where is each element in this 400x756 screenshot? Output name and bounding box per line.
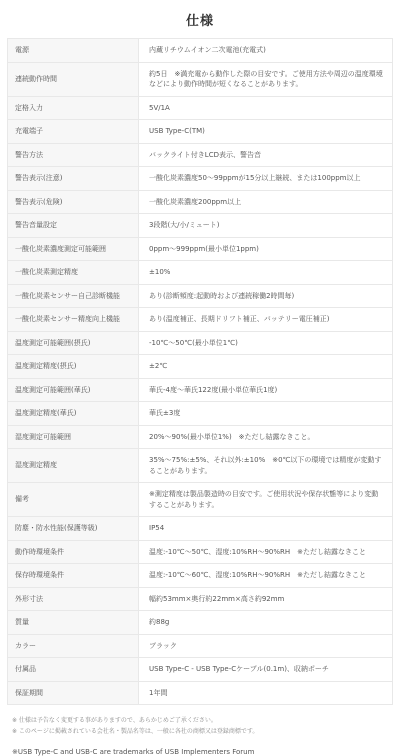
spec-row: 外形寸法幅約53mm×奥行約22mm×高さ約92mm <box>8 587 393 611</box>
spec-row: 温度測定可能範囲(華氏)華氏-4度〜華氏122度(最小単位華氏1度) <box>8 378 393 402</box>
spec-row: 一酸化炭素センサー自己診断機能あり(診断頻度:起動時および連続稼働2時間毎) <box>8 284 393 308</box>
spec-row: カラーブラック <box>8 634 393 658</box>
spec-value: 20%〜90%(最小単位1%) ※ただし結露なきこと。 <box>139 425 393 449</box>
spec-row: 一酸化炭素センサー精度向上機能あり(温度補正、長期ドリフト補正、バッテリー電圧補… <box>8 308 393 332</box>
spec-value: バックライト付きLCD表示、警告音 <box>139 143 393 167</box>
spec-value: 約88g <box>139 611 393 635</box>
spec-label: 電源 <box>8 39 139 63</box>
spec-label: 充電端子 <box>8 120 139 144</box>
page-title: 仕様 <box>0 0 400 38</box>
spec-table-body: 電源内蔵リチウムイオン二次電池(充電式)連続動作時間約5日 ※満充電から動作した… <box>8 39 393 705</box>
spec-value: 一酸化炭素濃度50〜99ppmが15分以上継続、または100ppm以上 <box>139 167 393 191</box>
spec-table: 電源内蔵リチウムイオン二次電池(充電式)連続動作時間約5日 ※満充電から動作した… <box>7 38 393 705</box>
spec-label: 質量 <box>8 611 139 635</box>
spec-label: 外形寸法 <box>8 587 139 611</box>
spec-label: 湿度測定可能範囲 <box>8 425 139 449</box>
spec-value: 温度:-10℃〜50℃、湿度:10%RH〜90%RH ※ただし結露なきこと <box>139 540 393 564</box>
spec-label: 警告音量設定 <box>8 214 139 238</box>
spec-row: 保存時環境条件温度:-10℃〜60℃、湿度:10%RH〜90%RH ※ただし結露… <box>8 564 393 588</box>
spec-label: 一酸化炭素センサー自己診断機能 <box>8 284 139 308</box>
footnotes: ※ 仕様は予告なく変更する事がありますので、あらかじめご了承ください。※ このペ… <box>12 716 400 737</box>
spec-value: 約5日 ※満充電から動作した際の目安です。ご使用方法や周辺の温度環境などにより動… <box>139 62 393 96</box>
spec-label: 湿度測定精度 <box>8 449 139 483</box>
spec-row: 付属品USB Type-C - USB Type-Cケーブル(0.1m)、収納ポ… <box>8 658 393 682</box>
spec-row: 保証期間1年間 <box>8 681 393 705</box>
spec-row: 連続動作時間約5日 ※満充電から動作した際の目安です。ご使用方法や周辺の温度環境… <box>8 62 393 96</box>
spec-label: カラー <box>8 634 139 658</box>
spec-value: 華氏-4度〜華氏122度(最小単位華氏1度) <box>139 378 393 402</box>
spec-value: USB Type-C - USB Type-Cケーブル(0.1m)、収納ポーチ <box>139 658 393 682</box>
spec-value: 温度:-10℃〜60℃、湿度:10%RH〜90%RH ※ただし結露なきこと <box>139 564 393 588</box>
spec-label: 連続動作時間 <box>8 62 139 96</box>
spec-label: 付属品 <box>8 658 139 682</box>
spec-value: 0ppm〜999ppm(最小単位1ppm) <box>139 237 393 261</box>
trademark-note: ※USB Type-C and USB-C are trademarks of … <box>12 748 400 756</box>
spec-value: 1年間 <box>139 681 393 705</box>
spec-row: 防塵・防水性能(保護等級)IP54 <box>8 517 393 541</box>
spec-value: 3段階(大/小/ミュート) <box>139 214 393 238</box>
spec-value: IP54 <box>139 517 393 541</box>
spec-row: 一酸化炭素濃度測定可能範囲0ppm〜999ppm(最小単位1ppm) <box>8 237 393 261</box>
spec-row: 温度測定可能範囲(摂氏)-10℃〜50℃(最小単位1℃) <box>8 331 393 355</box>
spec-label: 一酸化炭素測定精度 <box>8 261 139 285</box>
spec-row: 一酸化炭素測定精度±10% <box>8 261 393 285</box>
spec-label: 温度測定可能範囲(華氏) <box>8 378 139 402</box>
spec-row: 警告表示(注意)一酸化炭素濃度50〜99ppmが15分以上継続、または100pp… <box>8 167 393 191</box>
footnote: ※ このページに掲載されている会社名・製品名等は、一般に各社の商標又は登録商標で… <box>12 727 400 737</box>
spec-label: 警告表示(危険) <box>8 190 139 214</box>
spec-value: 35%〜75%:±5%、それ以外:±10% ※0℃以下の環境では精度が変動するこ… <box>139 449 393 483</box>
spec-value: -10℃〜50℃(最小単位1℃) <box>139 331 393 355</box>
spec-row: 充電端子USB Type-C(TM) <box>8 120 393 144</box>
spec-row: 湿度測定精度35%〜75%:±5%、それ以外:±10% ※0℃以下の環境では精度… <box>8 449 393 483</box>
spec-value: ブラック <box>139 634 393 658</box>
spec-row: 警告表示(危険)一酸化炭素濃度200ppm以上 <box>8 190 393 214</box>
spec-label: 動作時環境条件 <box>8 540 139 564</box>
spec-value: 一酸化炭素濃度200ppm以上 <box>139 190 393 214</box>
spec-value: 幅約53mm×奥行約22mm×高さ約92mm <box>139 587 393 611</box>
spec-label: 防塵・防水性能(保護等級) <box>8 517 139 541</box>
spec-row: 備考※測定精度は製品製造時の目安です。ご使用状況や保存状態等により変動することが… <box>8 483 393 517</box>
footnote: ※ 仕様は予告なく変更する事がありますので、あらかじめご了承ください。 <box>12 716 400 726</box>
spec-value: USB Type-C(TM) <box>139 120 393 144</box>
spec-row: 質量約88g <box>8 611 393 635</box>
spec-row: 電源内蔵リチウムイオン二次電池(充電式) <box>8 39 393 63</box>
spec-value: 華氏±3度 <box>139 402 393 426</box>
spec-value: ±2℃ <box>139 355 393 379</box>
spec-label: 備考 <box>8 483 139 517</box>
spec-row: 温度測定精度(摂氏)±2℃ <box>8 355 393 379</box>
spec-label: 温度測定精度(華氏) <box>8 402 139 426</box>
spec-label: 警告表示(注意) <box>8 167 139 191</box>
spec-row: 温度測定精度(華氏)華氏±3度 <box>8 402 393 426</box>
spec-row: 湿度測定可能範囲20%〜90%(最小単位1%) ※ただし結露なきこと。 <box>8 425 393 449</box>
spec-label: 保存時環境条件 <box>8 564 139 588</box>
spec-value: ※測定精度は製品製造時の目安です。ご使用状況や保存状態等により変動することがあり… <box>139 483 393 517</box>
spec-label: 一酸化炭素センサー精度向上機能 <box>8 308 139 332</box>
spec-value: あり(診断頻度:起動時および連続稼働2時間毎) <box>139 284 393 308</box>
spec-row: 警告音量設定3段階(大/小/ミュート) <box>8 214 393 238</box>
spec-label: 温度測定精度(摂氏) <box>8 355 139 379</box>
spec-value: あり(温度補正、長期ドリフト補正、バッテリー電圧補正) <box>139 308 393 332</box>
spec-value: 5V/1A <box>139 96 393 120</box>
spec-row: 警告方法バックライト付きLCD表示、警告音 <box>8 143 393 167</box>
spec-label: 警告方法 <box>8 143 139 167</box>
spec-row: 定格入力5V/1A <box>8 96 393 120</box>
spec-value: ±10% <box>139 261 393 285</box>
spec-label: 保証期間 <box>8 681 139 705</box>
spec-label: 温度測定可能範囲(摂氏) <box>8 331 139 355</box>
spec-row: 動作時環境条件温度:-10℃〜50℃、湿度:10%RH〜90%RH ※ただし結露… <box>8 540 393 564</box>
spec-label: 一酸化炭素濃度測定可能範囲 <box>8 237 139 261</box>
spec-label: 定格入力 <box>8 96 139 120</box>
spec-value: 内蔵リチウムイオン二次電池(充電式) <box>139 39 393 63</box>
